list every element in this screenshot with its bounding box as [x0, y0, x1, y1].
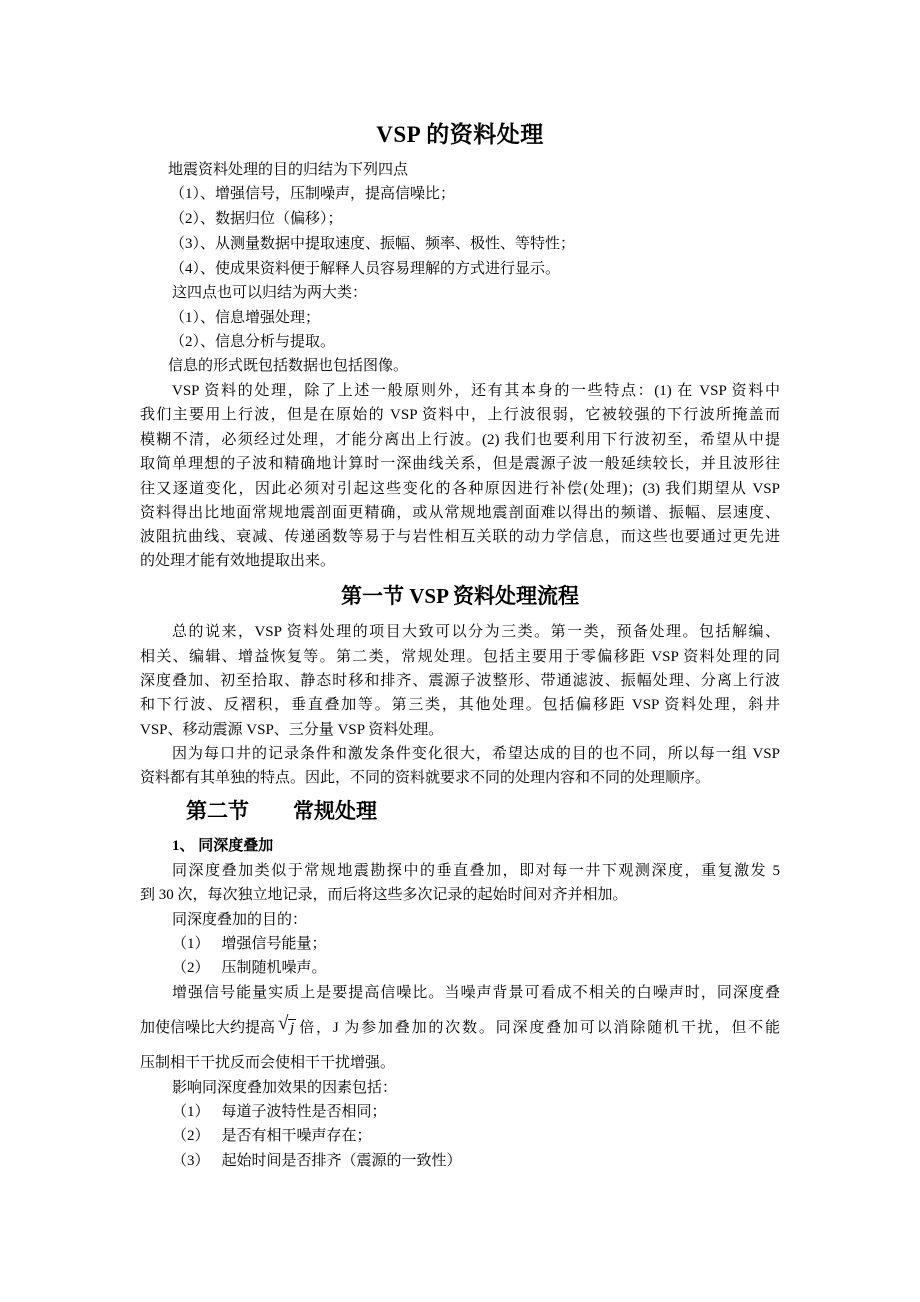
section1-line: 资料都有其单独的特点。因此，不同的资料就要求不同的处理内容和不同的处理顺序。: [140, 768, 780, 788]
definition-line: 同深度叠加类似于常规地震勘探中的垂直叠加，即对每一井下观测深度，重复激发 5: [172, 861, 780, 881]
section1-heading: 第一节 VSP 资料处理流程: [140, 582, 780, 610]
section1-line: 因为每口井的记录条件和激发条件变化很大，希望达成的目的也不同，所以每一组 VSP: [172, 744, 780, 764]
section2-heading-num: 第二节: [186, 799, 249, 823]
intro-lead: 地震资料处理的目的归结为下列四点: [168, 160, 808, 180]
paragraph-line: 往又逐道变化，因此必须对引起这些变化的各种原因进行补偿(处理)；(3) 我们期望…: [140, 479, 780, 499]
factor-item-3: （3）起始时间是否排齐（震源的一致性）: [172, 1151, 812, 1171]
document-title: VSP 的资料处理: [140, 120, 780, 150]
section2-heading: 第二节常规处理: [186, 797, 377, 825]
summary-lead: 这四点也可以归结为两大类：: [172, 283, 812, 303]
snr-line: 压制相干干扰反而会使相干干扰增强。: [140, 1053, 780, 1073]
paragraph-line: 波阻抗曲线、衰减、传递函数等易于与岩性相互关联的动力学信息，而这些也要通过更先进: [140, 527, 780, 547]
paragraph-line: 模糊不清，必须经过处理，才能分离出上行波。(2) 我们也要利用下行波初至，希望从…: [140, 430, 780, 450]
section2-heading-text: 常规处理: [293, 799, 377, 823]
definition-line: 到 30 次，每次独立地记录，而后将这些多次记录的起始时间对齐并相加。: [140, 885, 780, 905]
info-forms-text: 信息的形式既包括数据也包括图像。: [168, 356, 808, 376]
paragraph-line: 的处理才能有效地提取出来。: [140, 551, 780, 571]
purpose-item-1: （1）、增强信号，压制噪声，提高信噪比；: [170, 184, 810, 204]
paragraph-line: VSP 资料的处理，除了上述一般原则外，还有其本身的一些特点：(1) 在 VSP…: [172, 381, 780, 401]
purpose-item-2: （2）、数据归位（偏移）；: [170, 209, 810, 229]
section1-line: 相关、编辑、增益恢复等。第二类，常规处理。包括主要用于零偏移距 VSP 资料处理…: [140, 647, 780, 667]
category-item-2: （2）、信息分析与提取。: [170, 332, 810, 352]
radical-sign-icon: √: [278, 1014, 288, 1034]
stack-purpose-2: （2）压制随机噪声。: [172, 958, 812, 978]
snr-line: 增强信号能量实质上是要提高信噪比。当噪声背景可看成不相关的白噪声时，同深度叠: [172, 983, 780, 1003]
factor-item-2: （2）是否有相干噪声存在；: [172, 1126, 812, 1146]
snr-line-with-formula: 加使信噪比大约提高 √j 倍，J 为参加叠加的次数。同深度叠加可以消除随机干扰，…: [140, 1018, 780, 1038]
factors-lead: 影响同深度叠加效果的因素包括：: [172, 1078, 812, 1098]
purpose-lead: 同深度叠加的目的：: [172, 910, 812, 930]
paragraph-line: 资料得出比地面常规地震剖面更精确，或从常规地震剖面难以得出的频谱、振幅、层速度、: [140, 503, 780, 523]
purpose-item-3: （3）、从测量数据中提取速度、振幅、频率、极性、等特性；: [170, 234, 810, 254]
stack-purpose-1: （1）增强信号能量；: [172, 934, 812, 954]
section1-line: 和下行波、反褶积，垂直叠加等。第三类，其他处理。包括偏移距 VSP 资料处理，斜…: [140, 695, 780, 715]
section1-line: VSP、移动震源 VSP、三分量 VSP 资料处理。: [140, 720, 780, 740]
paragraph-line: 取简单理想的子波和精确地计算时一深曲线关系，但是震源子波一般延续较长，并且波形往: [140, 454, 780, 474]
purpose-item-4: （4）、使成果资料便于解释人员容易理解的方式进行显示。: [170, 259, 810, 279]
section1-line: 总的说来，VSP 资料处理的项目大致可以分为三类。第一类，预备处理。包括解编、: [172, 622, 780, 642]
category-item-1: （1）、信息增强处理；: [170, 308, 810, 328]
paragraph-line: 我们主要用上行波，但是在原始的 VSP 资料中，上行波很弱，它被较强的下行波所掩…: [140, 405, 780, 425]
factor-item-1: （1）每道子波特性是否相同；: [172, 1102, 812, 1122]
sqrt-formula: √j: [278, 1018, 296, 1038]
subsection1-heading: 1、 同深度叠加: [172, 836, 812, 856]
section1-line: 深度叠加、初至拾取、静态时移和排齐、震源子波整形、带通滤波、振幅处理、分离上行波: [140, 671, 780, 691]
